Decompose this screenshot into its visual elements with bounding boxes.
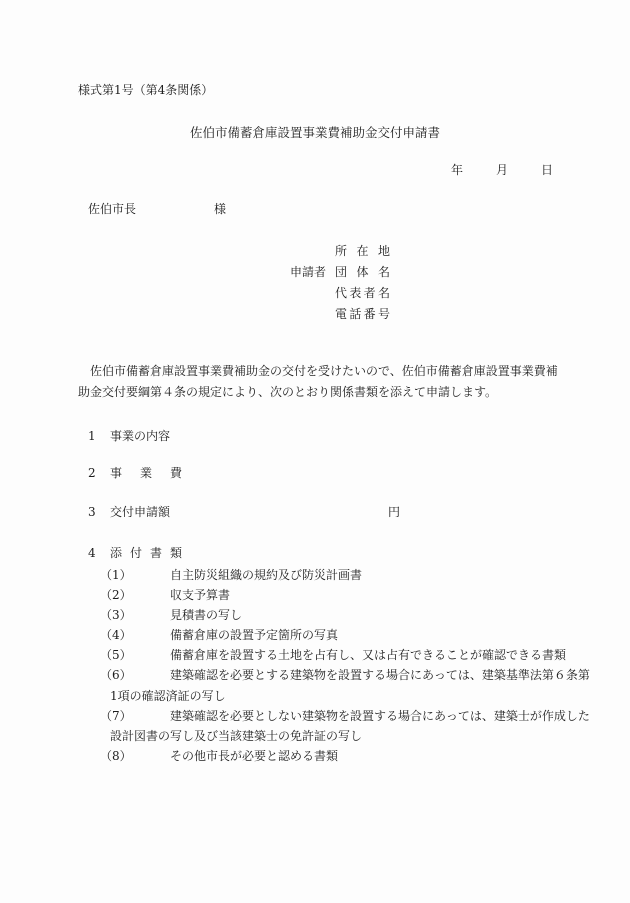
item-label: 添付書類 bbox=[110, 546, 190, 560]
yen-unit-label: 円 bbox=[388, 505, 400, 520]
body-paragraph-line: 佐伯市備蓄倉庫設置事業費補助金の交付を受けたいので、佐伯市備蓄倉庫設置事業費補 bbox=[78, 364, 558, 379]
addressee-line: 佐伯市長様 bbox=[88, 202, 226, 217]
attachment-item-1: （1）自主防災組織の規約及び防災計画書 bbox=[100, 568, 362, 583]
attachment-text: 見積書の写し bbox=[170, 608, 242, 622]
form-number: 様式第1号（第4条関係） bbox=[78, 83, 213, 98]
attachment-item-7-continuation: 設計図書の写し及び当該建築士の免許証の写し bbox=[110, 729, 362, 744]
applicant-field-phone: 電話番号 bbox=[335, 307, 390, 322]
item-number: 2 bbox=[88, 466, 110, 481]
attachment-item-3: （3）見積書の写し bbox=[100, 608, 242, 623]
page-title: 佐伯市備蓄倉庫設置事業費補助金交付申請書 bbox=[0, 125, 630, 140]
attachment-item-2: （2）収支予算書 bbox=[100, 588, 230, 603]
attachment-number: （8） bbox=[100, 749, 170, 764]
applicant-field-organization: 団体名 bbox=[335, 265, 390, 280]
attachment-number: （6） bbox=[100, 668, 170, 683]
item-number: 3 bbox=[88, 505, 110, 520]
document-page: 様式第1号（第4条関係） 佐伯市備蓄倉庫設置事業費補助金交付申請書 年 月 日 … bbox=[0, 0, 630, 903]
attachment-number: （2） bbox=[100, 588, 170, 603]
item-grant-amount: 3交付申請額 bbox=[88, 505, 170, 520]
attachment-item-6-continuation: 1項の確認済証の写し bbox=[110, 689, 226, 704]
addressee-name: 佐伯市長 bbox=[88, 202, 136, 216]
attachment-item-4: （4）備蓄倉庫の設置予定箇所の写真 bbox=[100, 628, 338, 643]
applicant-field-representative: 代表者名 bbox=[335, 286, 390, 301]
item-project-description: 1事業の内容 bbox=[88, 429, 170, 444]
date-line: 年 月 日 bbox=[451, 163, 556, 178]
item-label: 交付申請額 bbox=[110, 505, 170, 519]
attachment-item-8: （8）その他市長が必要と認める書類 bbox=[100, 749, 338, 764]
item-label: 事業の内容 bbox=[110, 429, 170, 443]
applicant-field-address: 所在地 bbox=[335, 244, 390, 259]
addressee-honorific: 様 bbox=[214, 202, 226, 216]
item-number: 4 bbox=[88, 546, 110, 561]
attachment-number: （5） bbox=[100, 648, 170, 663]
item-number: 1 bbox=[88, 429, 110, 444]
attachment-number: （7） bbox=[100, 709, 170, 724]
attachment-number: （1） bbox=[100, 568, 170, 583]
attachment-text: 建築確認を必要とする建築物を設置する場合にあっては、建築基準法第６条第 bbox=[170, 668, 590, 682]
attachment-text: 備蓄倉庫を設置する土地を占有し、又は占有できることが確認できる書類 bbox=[170, 648, 566, 662]
attachment-text: 建築確認を必要としない建築物を設置する場合にあっては、建築士が作成した bbox=[170, 709, 590, 723]
item-label: 事業費 bbox=[110, 466, 200, 480]
attachment-item-5: （5）備蓄倉庫を設置する土地を占有し、又は占有できることが確認できる書類 bbox=[100, 648, 566, 663]
item-attached-documents: 4添付書類 bbox=[88, 546, 190, 561]
attachment-text: 自主防災組織の規約及び防災計画書 bbox=[170, 568, 362, 582]
attachment-text: 備蓄倉庫の設置予定箇所の写真 bbox=[170, 628, 338, 642]
attachment-item-6: （6）建築確認を必要とする建築物を設置する場合にあっては、建築基準法第６条第 bbox=[100, 668, 590, 683]
attachment-number: （3） bbox=[100, 608, 170, 623]
applicant-label: 申請者 bbox=[290, 265, 326, 280]
attachment-number: （4） bbox=[100, 628, 170, 643]
body-paragraph-line: 助金交付要綱第４条の規定により、次のとおり関係書類を添えて申請します。 bbox=[78, 385, 497, 400]
item-project-cost: 2事業費 bbox=[88, 466, 200, 481]
attachment-text: 収支予算書 bbox=[170, 588, 230, 602]
attachment-text: その他市長が必要と認める書類 bbox=[170, 749, 338, 763]
attachment-item-7: （7）建築確認を必要としない建築物を設置する場合にあっては、建築士が作成した bbox=[100, 709, 590, 724]
